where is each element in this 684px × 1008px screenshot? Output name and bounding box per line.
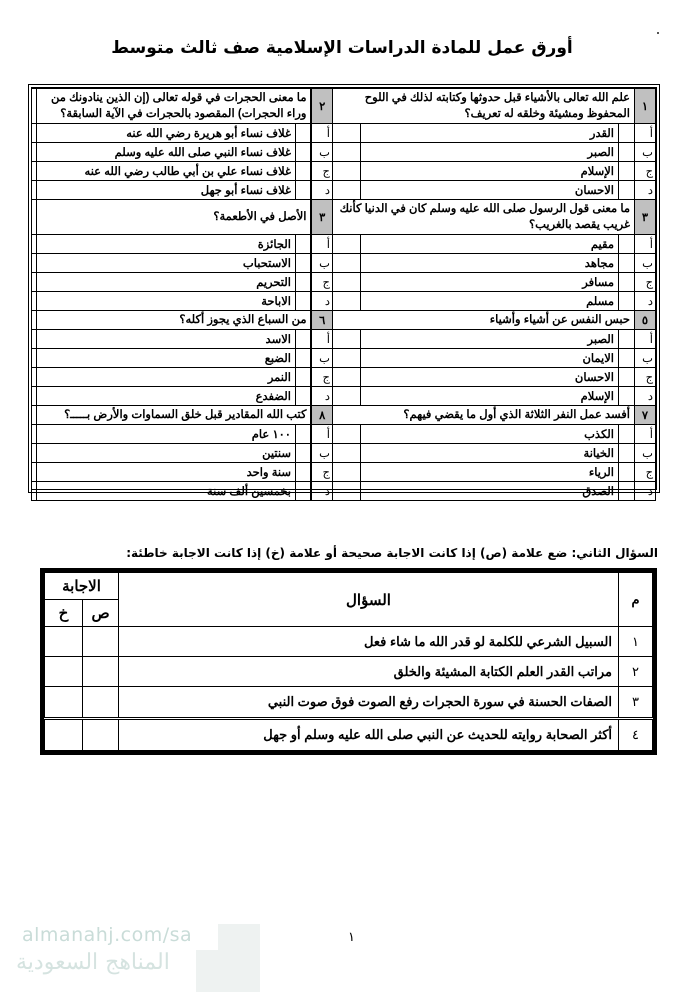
answer-box[interactable]: [295, 162, 311, 181]
spacer: [31, 482, 36, 501]
option-letter: ب: [311, 143, 332, 162]
option-text: الصبر: [361, 143, 619, 162]
option-row: بالصبربغلاف نساء النبي صلى الله عليه وسل…: [31, 143, 655, 162]
answer-box[interactable]: [619, 330, 635, 349]
option-letter: أ: [311, 235, 332, 254]
correct-cell[interactable]: [83, 719, 119, 751]
spacer: [31, 463, 36, 482]
question-text: أفسد عمل النفر الثلاثة الذي أول ما يقضي …: [332, 406, 634, 425]
spacer: [332, 162, 360, 181]
option-letter: د: [311, 181, 332, 200]
row-num: ١: [619, 627, 653, 657]
table-row: ٢ مراتب القدر العلم الكتابة المشيئة والخ…: [45, 657, 653, 687]
option-text: الصبر: [361, 330, 619, 349]
option-letter: ب: [635, 349, 656, 368]
option-row: بالايمانبالضبع: [31, 349, 655, 368]
page-number: ١: [348, 930, 355, 945]
spacer: [332, 463, 360, 482]
option-text: الإسلام: [361, 387, 619, 406]
question-text: كتب الله المقادير قبل خلق السماوات والأر…: [36, 406, 311, 425]
option-letter: أ: [311, 330, 332, 349]
answer-box[interactable]: [619, 292, 635, 311]
option-text: الصدق: [361, 482, 619, 501]
answer-box[interactable]: [619, 444, 635, 463]
correct-cell[interactable]: [83, 687, 119, 719]
spacer: [31, 387, 36, 406]
spacer: [31, 368, 36, 387]
spacer: [31, 311, 36, 330]
option-letter: ج: [635, 368, 656, 387]
answer-box[interactable]: [295, 273, 311, 292]
option-letter: ب: [635, 254, 656, 273]
option-row: جالرياءجسنة واحد: [31, 463, 655, 482]
correct-cell[interactable]: [83, 627, 119, 657]
spacer: [332, 330, 360, 349]
answer-box[interactable]: [619, 387, 635, 406]
statement: الصفات الحسنة في سورة الحجرات رفع الصوت …: [119, 687, 619, 719]
col-header-wrong: خ: [45, 600, 83, 627]
section2-heading: السؤال الثاني: ضع علامة (ص) إذا كانت الا…: [126, 546, 658, 560]
spacer: [332, 124, 360, 143]
wrong-cell[interactable]: [45, 627, 83, 657]
spacer: [31, 330, 36, 349]
option-letter: ب: [311, 254, 332, 273]
mcq-table: ١علم الله تعالى بالأشياء قبل حدوثها وكتا…: [31, 88, 656, 501]
answer-box[interactable]: [295, 368, 311, 387]
option-row: بالخيانةبسنتين: [31, 444, 655, 463]
option-text: الكذب: [361, 425, 619, 444]
spacer: [332, 444, 360, 463]
option-text: غلاف نساء أبو هريرة رضي الله عنه: [36, 124, 295, 143]
answer-box[interactable]: [295, 235, 311, 254]
question-text: علم الله تعالى بالأشياء قبل حدوثها وكتاب…: [332, 89, 634, 124]
spacer: [31, 406, 36, 425]
option-letter: ج: [311, 273, 332, 292]
option-letter: ج: [635, 273, 656, 292]
spacer: [332, 292, 360, 311]
option-row: دمسلمدالاباحة: [31, 292, 655, 311]
answer-box[interactable]: [619, 162, 635, 181]
option-letter: ج: [311, 368, 332, 387]
col-header-num: م: [619, 573, 653, 627]
table-row: ٤ أكثر الصحابة روايته للحديث عن النبي صل…: [45, 719, 653, 751]
answer-box[interactable]: [619, 425, 635, 444]
answer-box[interactable]: [619, 368, 635, 387]
option-text: القدر: [361, 124, 619, 143]
option-text: مقيم: [361, 235, 619, 254]
option-text: الإسلام: [361, 162, 619, 181]
spacer: [31, 89, 36, 124]
option-row: أالكذبأ١٠٠ عام: [31, 425, 655, 444]
answer-box[interactable]: [295, 349, 311, 368]
question-row: ٣ما معنى قول الرسول صلى الله عليه وسلم ك…: [31, 200, 655, 235]
option-text: التحريم: [36, 273, 295, 292]
answer-box[interactable]: [295, 181, 311, 200]
spacer: [332, 235, 360, 254]
answer-box[interactable]: [619, 124, 635, 143]
spacer: [31, 349, 36, 368]
answer-box[interactable]: [619, 463, 635, 482]
wrong-cell[interactable]: [45, 687, 83, 719]
option-letter: أ: [635, 124, 656, 143]
option-text: الاستحباب: [36, 254, 295, 273]
option-text: سنتين: [36, 444, 295, 463]
spacer: [332, 368, 360, 387]
col-header-question: السؤال: [119, 573, 619, 627]
option-text: مسافر: [361, 273, 619, 292]
question-number: ٣: [635, 200, 656, 235]
spacer: [31, 143, 36, 162]
option-row: جمسافرجالتحريم: [31, 273, 655, 292]
option-letter: ب: [635, 143, 656, 162]
question-number: ١: [635, 89, 656, 124]
question-text: من السباع الذي يجوز أكله؟: [36, 311, 311, 330]
option-letter: د: [635, 387, 656, 406]
watermark-block: [196, 950, 260, 992]
spacer: [332, 254, 360, 273]
question-number: ٢: [311, 89, 332, 124]
row-num: ٢: [619, 657, 653, 687]
option-row: دالاحساندغلاف نساء أبو جهل: [31, 181, 655, 200]
col-header-answer: الاجابة: [45, 573, 119, 600]
option-text: الاسد: [36, 330, 295, 349]
option-text: الاباحة: [36, 292, 295, 311]
option-letter: ب: [635, 444, 656, 463]
option-letter: أ: [635, 235, 656, 254]
option-text: بخمسين ألف سنة: [36, 482, 295, 501]
option-text: الجائزة: [36, 235, 295, 254]
option-letter: ب: [311, 444, 332, 463]
col-header-correct: ص: [83, 600, 119, 627]
answer-box[interactable]: [619, 181, 635, 200]
wrong-cell[interactable]: [45, 719, 83, 751]
spacer: [31, 200, 36, 235]
option-row: جالاحسانجالنمر: [31, 368, 655, 387]
option-row: دالصدقدبخمسين ألف سنة: [31, 482, 655, 501]
option-letter: أ: [635, 330, 656, 349]
question-row: ١علم الله تعالى بالأشياء قبل حدوثها وكتا…: [31, 89, 655, 124]
question-number: ٧: [635, 406, 656, 425]
option-letter: ج: [311, 463, 332, 482]
option-text: سنة واحد: [36, 463, 295, 482]
spacer: [31, 273, 36, 292]
question-number: ٦: [311, 311, 332, 330]
watermark-block: [218, 924, 260, 952]
option-text: الضفدع: [36, 387, 295, 406]
option-text: مسلم: [361, 292, 619, 311]
option-row: بمجاهدبالاستحباب: [31, 254, 655, 273]
option-text: الايمان: [361, 349, 619, 368]
option-text: الاحسان: [361, 181, 619, 200]
option-letter: د: [635, 482, 656, 501]
answer-box[interactable]: [295, 463, 311, 482]
mcq-section: ١علم الله تعالى بالأشياء قبل حدوثها وكتا…: [28, 84, 660, 493]
table-row: ١ السبيل الشرعي للكلمة لو قدر الله ما شا…: [45, 627, 653, 657]
option-text: الرياء: [361, 463, 619, 482]
answer-box[interactable]: [619, 235, 635, 254]
correct-cell[interactable]: [83, 657, 119, 687]
option-text: الضبع: [36, 349, 295, 368]
question-text: حبس النفس عن أشياء وأشياء: [332, 311, 634, 330]
answer-box[interactable]: [295, 124, 311, 143]
question-number: ٥: [635, 311, 656, 330]
option-row: أالقدرأغلاف نساء أبو هريرة رضي الله عنه: [31, 124, 655, 143]
watermark-logo-text: المناهج السعودية: [16, 950, 170, 975]
option-row: أالصبرأالاسد: [31, 330, 655, 349]
stray-dot: [657, 32, 659, 34]
option-letter: أ: [635, 425, 656, 444]
spacer: [31, 235, 36, 254]
spacer: [31, 124, 36, 143]
spacer: [332, 482, 360, 501]
row-num: ٣: [619, 687, 653, 719]
option-row: جالإسلامجغلاف نساء علي بن أبي طالب رضي ا…: [31, 162, 655, 181]
question-number: ٨: [311, 406, 332, 425]
option-text: غلاف نساء علي بن أبي طالب رضي الله عنه: [36, 162, 295, 181]
option-text: الاحسان: [361, 368, 619, 387]
answer-box[interactable]: [619, 254, 635, 273]
answer-box[interactable]: [295, 387, 311, 406]
option-letter: د: [311, 292, 332, 311]
option-letter: ب: [311, 349, 332, 368]
spacer: [31, 292, 36, 311]
spacer: [332, 181, 360, 200]
question-text: الأصل في الأطعمة؟: [36, 200, 311, 235]
statement: أكثر الصحابة روايته للحديث عن النبي صلى …: [119, 719, 619, 751]
spacer: [332, 273, 360, 292]
page-title: أورق عمل للمادة الدراسات الإسلامية صف ثا…: [0, 38, 684, 58]
option-text: مجاهد: [361, 254, 619, 273]
answer-box[interactable]: [295, 292, 311, 311]
row-num: ٤: [619, 719, 653, 751]
table-row: ٣ الصفات الحسنة في سورة الحجرات رفع الصو…: [45, 687, 653, 719]
answer-box[interactable]: [295, 143, 311, 162]
option-text: غلاف نساء النبي صلى الله عليه وسلم: [36, 143, 295, 162]
question-row: ٥حبس النفس عن أشياء وأشياء٦من السباع الذ…: [31, 311, 655, 330]
wrong-cell[interactable]: [45, 657, 83, 687]
spacer: [31, 425, 36, 444]
answer-box[interactable]: [619, 349, 635, 368]
option-letter: د: [311, 387, 332, 406]
spacer: [332, 143, 360, 162]
spacer: [31, 181, 36, 200]
option-letter: د: [635, 292, 656, 311]
option-letter: أ: [311, 124, 332, 143]
option-letter: ج: [635, 162, 656, 181]
answer-box[interactable]: [295, 425, 311, 444]
question-text: ما معنى الحجرات في قوله تعالى (إن الذين …: [36, 89, 311, 124]
answer-box[interactable]: [295, 254, 311, 273]
answer-box[interactable]: [619, 482, 635, 501]
true-false-section: م السؤال الاجابة ص خ ١ السبيل الشرعي للك…: [40, 568, 657, 755]
statement: السبيل الشرعي للكلمة لو قدر الله ما شاء …: [119, 627, 619, 657]
spacer: [31, 254, 36, 273]
option-letter: ج: [635, 463, 656, 482]
option-row: دالإسلامدالضفدع: [31, 387, 655, 406]
option-text: غلاف نساء أبو جهل: [36, 181, 295, 200]
option-letter: أ: [311, 425, 332, 444]
answer-box[interactable]: [295, 482, 311, 501]
option-row: أمقيمأالجائزة: [31, 235, 655, 254]
answer-box[interactable]: [619, 143, 635, 162]
watermark-url: almanahj.com/sa: [22, 924, 192, 946]
spacer: [332, 387, 360, 406]
question-row: ٧أفسد عمل النفر الثلاثة الذي أول ما يقضي…: [31, 406, 655, 425]
option-letter: د: [311, 482, 332, 501]
spacer: [332, 425, 360, 444]
spacer: [31, 444, 36, 463]
statement: مراتب القدر العلم الكتابة المشيئة والخلق: [119, 657, 619, 687]
answer-box[interactable]: [295, 444, 311, 463]
spacer: [31, 162, 36, 181]
option-text: ١٠٠ عام: [36, 425, 295, 444]
spacer: [332, 349, 360, 368]
option-text: الخيانة: [361, 444, 619, 463]
question-number: ٣: [311, 200, 332, 235]
option-letter: د: [635, 181, 656, 200]
true-false-table: م السؤال الاجابة ص خ ١ السبيل الشرعي للك…: [44, 572, 653, 751]
question-text: ما معنى قول الرسول صلى الله عليه وسلم كا…: [332, 200, 634, 235]
answer-box[interactable]: [295, 330, 311, 349]
option-letter: ج: [311, 162, 332, 181]
answer-box[interactable]: [619, 273, 635, 292]
option-text: النمر: [36, 368, 295, 387]
